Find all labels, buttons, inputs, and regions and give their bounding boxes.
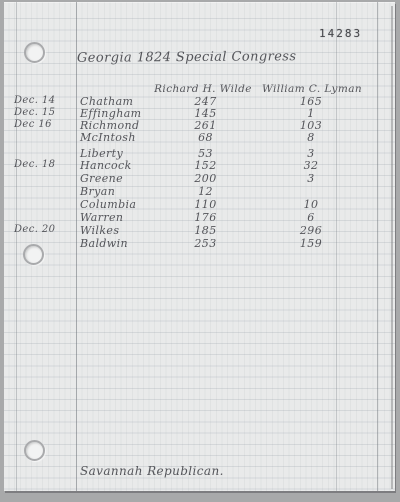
stamp-number: 14283 [319,27,362,40]
table-row: Warren 176 6 [0,211,400,224]
table-row: McIntosh 68 8 [0,131,400,144]
table-row: Columbia 110 10 [0,198,400,211]
hole-punch-top [24,42,45,63]
row-date: Dec. 15 [14,107,74,118]
row-date: Dec. 20 [14,224,74,235]
row-wilde-votes: 110 [158,198,253,211]
row-wilde-votes: 253 [158,237,253,250]
row-lyman-votes: 8 [266,131,356,144]
table-row: Baldwin 253 159 [0,237,400,250]
row-lyman-votes: 159 [266,237,356,250]
column-header-lyman: William C. Lyman [262,83,359,95]
row-date: Dec. 14 [14,95,74,106]
source-note: Savannah Republican. [80,464,224,478]
row-lyman-votes: 296 [266,224,356,237]
row-wilde-votes: 176 [158,211,253,224]
row-lyman-votes: 3 [266,172,356,185]
scanned-ledger-page: 14283 Georgia 1824 Special Congress Rich… [0,0,400,502]
column-header-wilde: Richard H. Wilde [147,83,259,95]
row-date: Dec. 18 [14,159,74,170]
row-wilde-votes: 152 [158,159,253,172]
hole-punch-bottom [24,440,45,461]
row-wilde-votes: 200 [158,172,253,185]
row-wilde-votes: 185 [158,224,253,237]
table-row: Greene 200 3 [0,172,400,185]
row-date: Dec 16 [14,119,74,130]
table-row: Dec. 20 Wilkes 185 296 [0,224,400,237]
row-lyman-votes: 10 [266,198,356,211]
row-lyman-votes: 6 [266,211,356,224]
row-wilde-votes: 12 [158,185,253,198]
page-title: Georgia 1824 Special Congress [77,49,297,66]
table-row: Dec. 18 Hancock 152 32 [0,159,400,172]
table-row: Bryan 12 [0,185,400,198]
row-lyman-votes: 32 [266,159,356,172]
row-wilde-votes: 68 [158,131,253,144]
